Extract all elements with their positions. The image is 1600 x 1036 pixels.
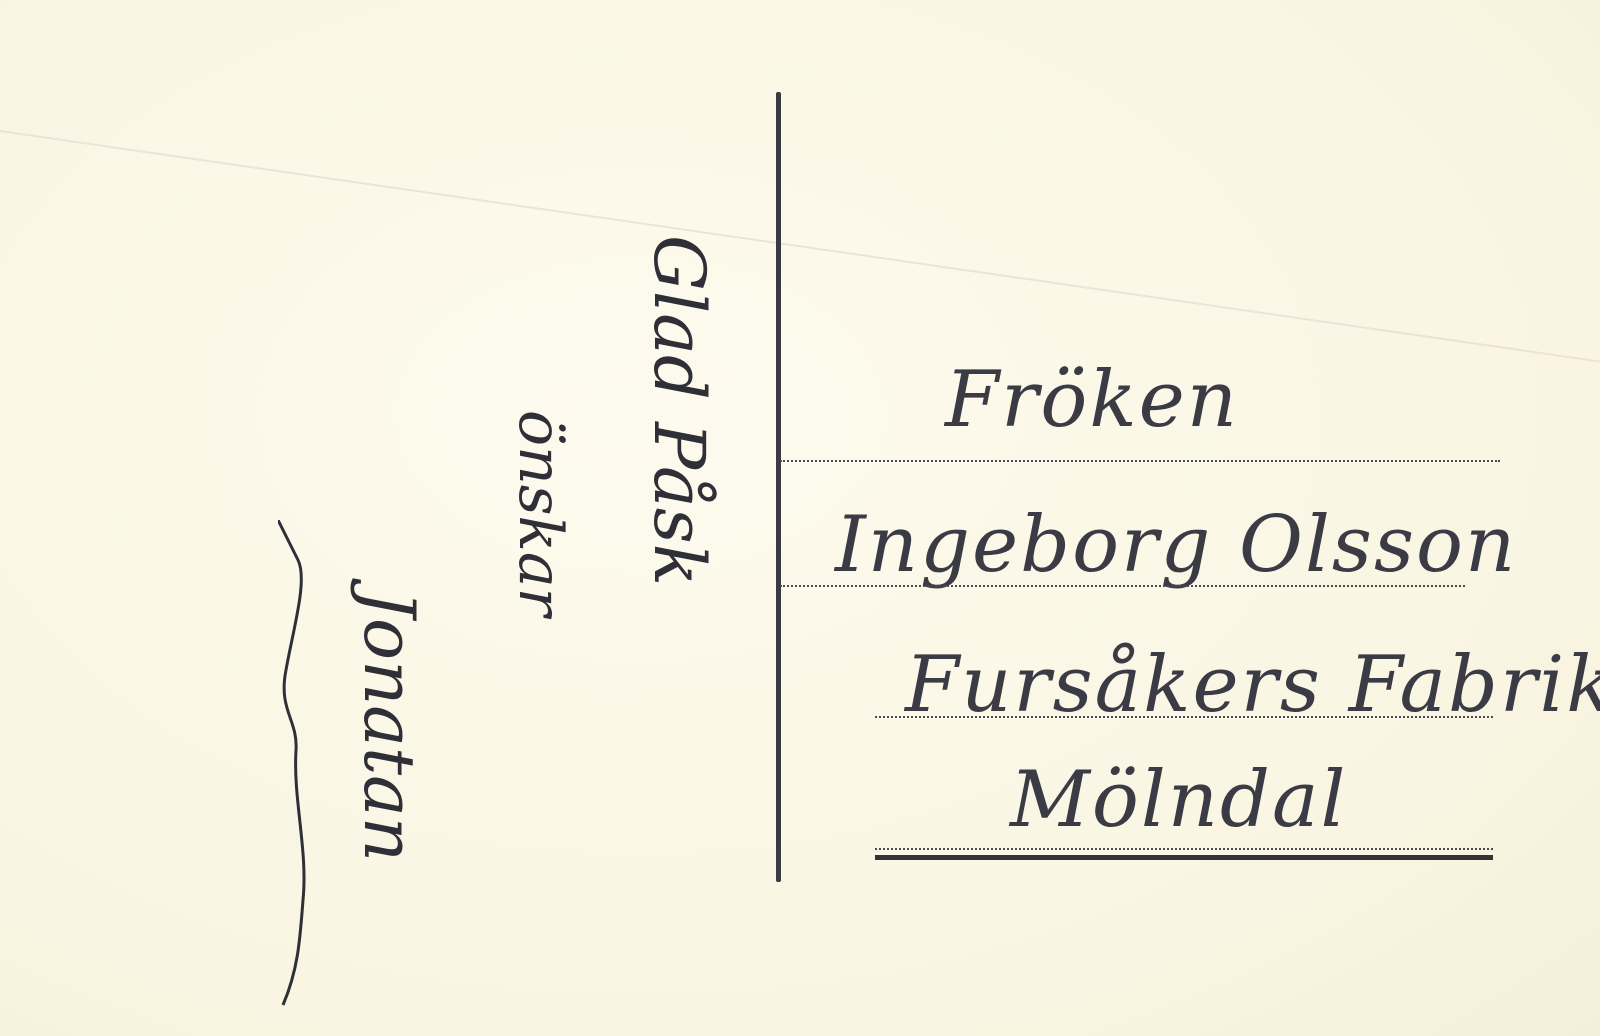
address-line-2 [780,585,1465,587]
message-wish: önskar [505,410,575,616]
paper-crease [0,130,1600,366]
address-line-1 [780,460,1500,462]
address-line-3 [875,716,1493,718]
center-divider [776,92,781,882]
postcard-back: Glad Påsk önskar Jonatan Fröken Ingeborg… [0,0,1600,1036]
address-title: Fröken [945,355,1239,445]
message-greeting: Glad Påsk [638,235,720,586]
message-signature: Jonatan [348,590,430,862]
address-line-4 [875,848,1493,850]
address-underline-heavy [875,855,1493,860]
signature-flourish [278,520,328,1010]
address-city: Mölndal [1010,755,1347,845]
address-name: Ingeborg Olsson [835,500,1517,590]
